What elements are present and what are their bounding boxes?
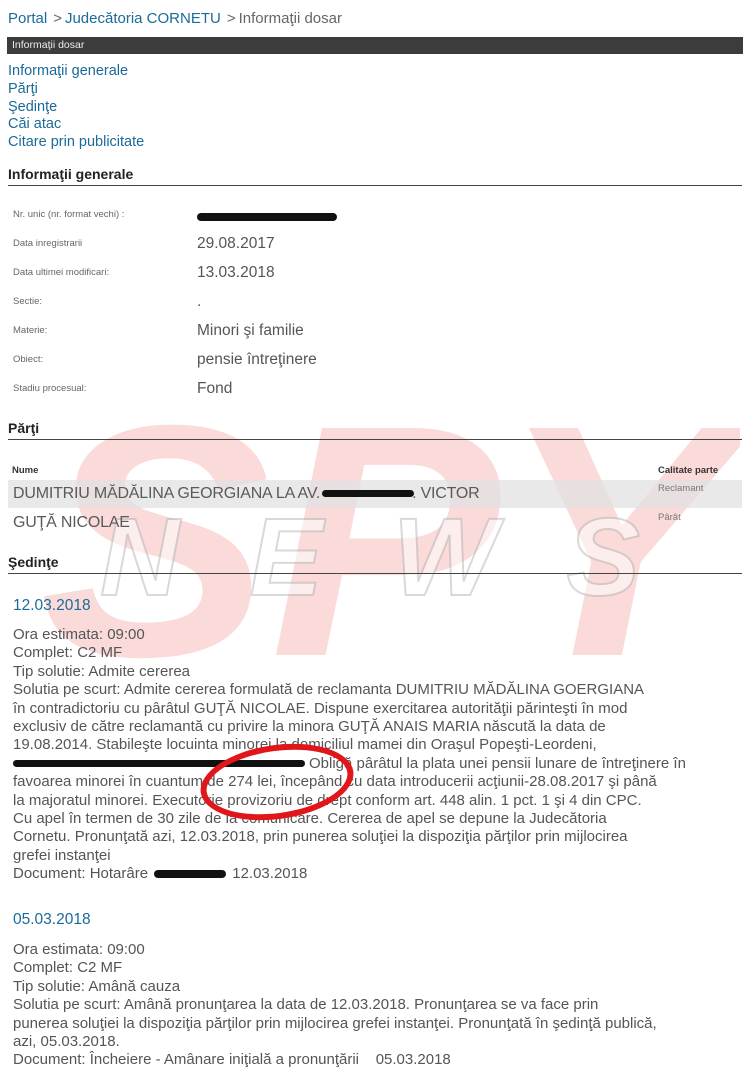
hearing-details: Ora estimata: 09:00 Complet: C2 MF Tip s… bbox=[13, 941, 743, 1070]
hearing-date: 12.03.2018 bbox=[13, 597, 91, 615]
info-label: Obiect: bbox=[13, 354, 43, 365]
section-title-sedinte: Şedinţe bbox=[8, 554, 742, 574]
party-role: Pârât bbox=[658, 512, 681, 523]
nav-link-cai-atac[interactable]: Căi atac bbox=[8, 116, 144, 134]
party-row: DUMITRIU MĂDĂLINA GEORGIANA LA AV.. VICT… bbox=[8, 480, 742, 508]
breadcrumb-separator: > bbox=[53, 10, 62, 27]
party-row: GUŢĂ NICOLAE Pârât bbox=[8, 509, 742, 537]
info-label: Data inregistrarii bbox=[13, 238, 82, 249]
info-value: pensie întreţinere bbox=[197, 351, 317, 369]
column-header-role: Calitate parte bbox=[658, 465, 718, 476]
nav-link-parti[interactable]: Părţi bbox=[8, 81, 144, 99]
nav-link-citare-publicitate[interactable]: Citare prin publicitate bbox=[8, 134, 144, 152]
info-label: Stadiu procesual: bbox=[13, 383, 86, 394]
hearing-date: 05.03.2018 bbox=[13, 911, 91, 929]
party-name-redaction bbox=[322, 490, 414, 497]
info-value: 13.03.2018 bbox=[197, 264, 275, 282]
breadcrumb-separator: > bbox=[227, 10, 236, 27]
case-number-redacted bbox=[197, 208, 337, 226]
hearing-document: Document: Încheiere - Amânare iniţială a… bbox=[13, 1051, 743, 1069]
info-value: Fond bbox=[197, 380, 232, 398]
info-label: Data ultimei modificari: bbox=[13, 267, 109, 278]
party-name: DUMITRIU MĂDĂLINA GEORGIANA LA AV.. VICT… bbox=[13, 485, 480, 503]
nav-link-sedinte[interactable]: Şedinţe bbox=[8, 99, 144, 117]
breadcrumb-portal-link[interactable]: Portal bbox=[8, 10, 47, 27]
section-title-general: Informaţii generale bbox=[8, 166, 742, 186]
breadcrumb-court-link[interactable]: Judecătoria CORNETU bbox=[65, 10, 221, 27]
breadcrumb-current: Informaţii dosar bbox=[239, 10, 342, 27]
party-name: GUŢĂ NICOLAE bbox=[13, 514, 130, 532]
party-role: Reclamant bbox=[658, 483, 703, 494]
info-label: Materie: bbox=[13, 325, 47, 336]
nav-link-informatii-generale[interactable]: Informaţii generale bbox=[8, 63, 144, 81]
hearing-details: Ora estimata: 09:00 Complet: C2 MF Tip s… bbox=[13, 626, 743, 884]
page-header-bar: Informaţii dosar bbox=[7, 37, 743, 54]
info-label: Sectie: bbox=[13, 296, 42, 307]
info-value: 29.08.2017 bbox=[197, 235, 275, 253]
hearing-document: Document: Hotarâre 12.03.2018 bbox=[13, 865, 743, 883]
section-title-parti: Părţi bbox=[8, 420, 742, 440]
info-label: Nr. unic (nr. format vechi) : bbox=[13, 209, 124, 220]
column-header-name: Nume bbox=[12, 465, 38, 476]
breadcrumb: Portal>Judecătoria CORNETU>Informaţii do… bbox=[8, 10, 342, 27]
section-nav: Informaţii generale Părţi Şedinţe Căi at… bbox=[8, 63, 144, 152]
info-value: . bbox=[197, 293, 201, 311]
redacted-line: Obligă pârâtul la plata unei pensii luna… bbox=[13, 755, 743, 773]
info-value: Minori şi familie bbox=[197, 322, 304, 340]
